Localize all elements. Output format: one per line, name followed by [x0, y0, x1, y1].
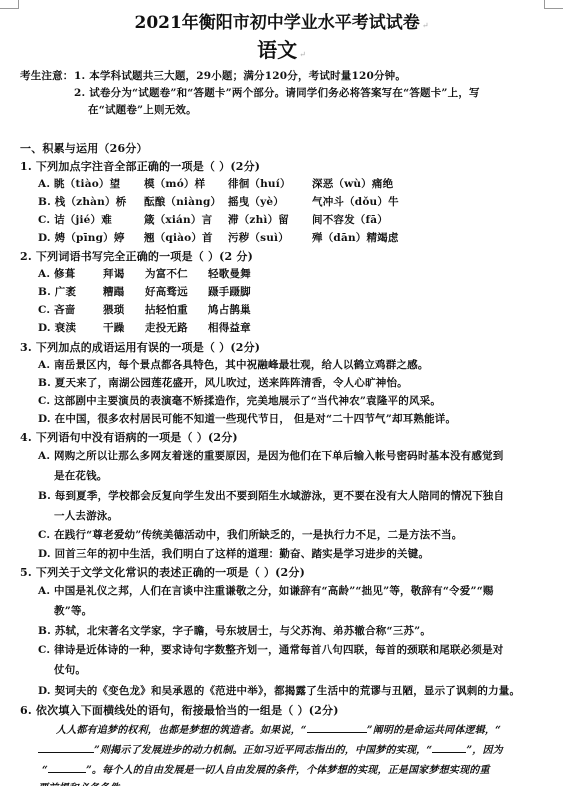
option-word: 污秽（suì） [228, 230, 289, 245]
option-c: C. 在践行“尊老爱幼”传统美德活动中，我们所缺乏的，一是执行力不足，二是方法不… [38, 527, 462, 542]
option-b: B. 苏轼，北宋著名文学家，字子瞻，号东坡居士，与父苏洵、弟苏辙合称“三苏”。 [38, 623, 431, 638]
option-word: 拜谒 [103, 266, 124, 281]
option-c: C. 这部剧中主要演员的表演毫不矫揉造作，完美地展示了“当代神农”袁隆平的风采。 [38, 393, 441, 408]
option-word: 翘（qiào）首 [144, 230, 213, 245]
notice-label: 考生注意： [20, 68, 74, 83]
option-b: B. 夏天来了，南湖公园莲花盛开，风儿吹过，送来阵阵清香，令人心旷神怡。 [38, 375, 408, 390]
option-word: 猥琐 [103, 302, 124, 317]
question-stem: 5. 下列关于文学文化常识的表述正确的一项是（ ）(2分) [20, 564, 305, 580]
option-b: B. 每到夏季，学校都会反复向学生发出不要到陌生水域游泳，更不要在没有大人陪同的… [38, 488, 504, 503]
option-word: 徘徊（huí） [228, 176, 291, 191]
question-stem: 4. 下列语句中没有语病的一项是（ ）(2分) [20, 429, 238, 445]
fill-blank-4[interactable] [48, 763, 86, 773]
question-stem: 1. 下列加点字注音全部正确的一项是（ ）(2分) [20, 158, 260, 174]
option-word: A. 眺（tiào）望 [38, 176, 120, 191]
option-d: D. 在中国，很多农村居民可能不知道一些现代节日， 但是对“二十四节气”却耳熟能… [38, 411, 456, 426]
option-word: 滞（zhì）留 [228, 212, 289, 227]
option-word: D. 娉（pīng）婷 [38, 230, 125, 245]
option-word: 鸠占鹊巢 [208, 302, 251, 317]
option-word: 相得益章 [208, 320, 251, 335]
fill-blank-2[interactable] [38, 743, 94, 753]
passage-line: “”。每个人的自由发展是一切人自由发展的条件，个体梦想的实现，正是国家梦想实现的… [42, 761, 490, 776]
option-d: D. 契诃夫的《变色龙》和吴承恩的《范进中举》，都揭露了生活中的荒谬与丑陋，显示… [38, 683, 520, 698]
option-word: D. 衰渎 [38, 320, 76, 335]
option-c-cont: 仗句。 [54, 662, 86, 677]
fill-blank-1[interactable] [307, 723, 367, 733]
option-word: 间不容发（fā） [312, 212, 388, 227]
question-stem: 2. 下列词语书写完全正确的一项是（ ）(2 分) [20, 248, 253, 264]
option-word: A. 修葺 [38, 266, 75, 281]
option-b-cont: 一人去游泳。 [54, 508, 118, 523]
option-word: 拈轻怕重 [145, 302, 188, 317]
option-word: 好高骛远 [145, 284, 188, 299]
notice-item: 2. 试卷分为“试题卷”和“答题卡”两个部分。请同学们务必将答案写在“答题卡”上… [74, 85, 480, 100]
option-word: 走投无路 [145, 320, 188, 335]
option-word: 模（mó）样 [144, 176, 205, 191]
option-c: C. 律诗是近体诗的一种，要求诗句字数整齐划一，通常每首八句四联，每首的颈联和尾… [38, 642, 503, 657]
passage-line: 要前提和必备条件。 [38, 779, 130, 786]
option-word: C. 诘（jié）难 [38, 212, 112, 227]
option-word: 摇曳（yè） [228, 194, 284, 209]
option-a: A. 网购之所以让那么多网友着迷的重要原因，是因为他们在下单后输入帐号密码时基本… [38, 448, 503, 463]
option-word: 箴（xián）言 [144, 212, 212, 227]
notice-item: 在“试题卷”上则无效。 [88, 102, 197, 117]
option-word: 气冲斗（dǒu）牛 [312, 194, 399, 209]
subject-title: 语文↵ [0, 34, 563, 63]
option-word: 糟蹋 [103, 284, 124, 299]
option-word: B. 广袤 [38, 284, 76, 299]
option-word: 深恶（wù）痛绝 [312, 176, 393, 191]
option-word: 干躁 [103, 320, 124, 335]
section-title: 一、积累与运用（26分） [20, 140, 148, 156]
option-word: B. 栈（zhàn）桥 [38, 194, 126, 209]
question-stem: 3. 下列加点的成语运用有误的一项是（ ）(2分) [20, 339, 260, 355]
option-a-cont: 教”等。 [54, 603, 92, 618]
option-d: D. 回首三年的初中生活，我们明白了这样的道理：勤奋、踏实是学习进步的关键。 [38, 546, 429, 561]
option-word: C. 吝啬 [38, 302, 75, 317]
option-word: 酝酿（niàng） [144, 194, 221, 209]
option-a-cont: 是在花钱。 [54, 468, 108, 483]
question-stem: 6. 依次填入下面横线处的语句，衔接最恰当的一组是（ ）(2分) [20, 702, 339, 718]
option-a: A. 南岳景区内，每个景点都各具特色，其中祝融峰最壮观，给人以鹤立鸡群之感。 [38, 357, 429, 372]
option-a: A. 中国是礼仪之邦，人们在言谈中注重谦敬之分，如谦辞有“高龄”“拙见”等，敬辞… [38, 583, 494, 598]
option-word: 为富不仁 [145, 266, 188, 281]
notice-item: 1. 本学科试题共三大题，29小题；满分120分，考试时量120分钟。 [74, 68, 406, 83]
fill-blank-3[interactable] [432, 743, 466, 753]
option-word: 蹑手蹑脚 [208, 284, 251, 299]
option-word: 轻歌曼舞 [208, 266, 251, 281]
passage-line: 人人都有追梦的权利，也都是梦想的筑造者。如果说，“”阐明的是命运共同体逻辑，“ [56, 721, 501, 736]
exam-title: 2021年衡阳市初中学业水平考试试卷↵ [0, 8, 563, 33]
passage-line: ”则揭示了发展进步的动力机制。正如习近平同志指出的，中国梦的实现，“”，因为 [38, 741, 503, 756]
option-word: 殚（dān）精竭虑 [312, 230, 399, 245]
